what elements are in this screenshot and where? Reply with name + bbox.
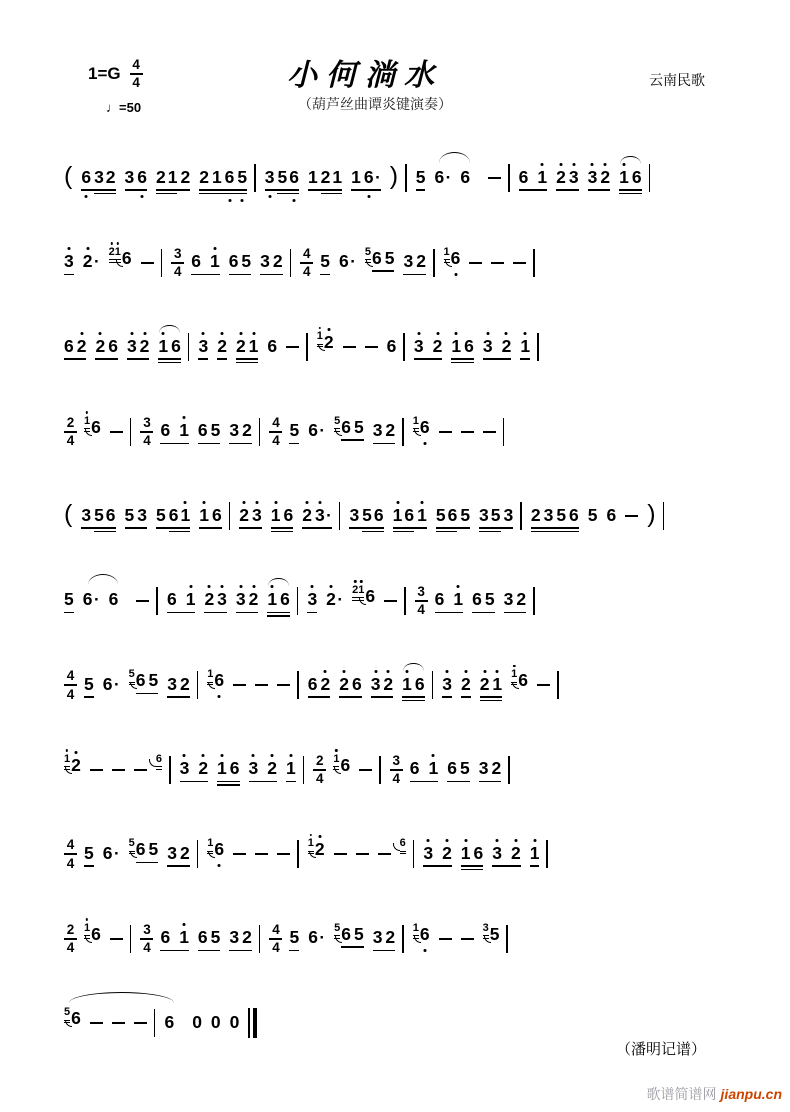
beam-group: 565 <box>129 841 159 867</box>
grace-notes: 5 <box>129 669 135 689</box>
note-body: 2 <box>324 334 334 353</box>
beam-group: 65 <box>198 929 220 948</box>
octave-dot-below <box>241 199 244 202</box>
note: 5 <box>211 929 221 948</box>
note: 3 <box>479 507 489 526</box>
duration-underline <box>136 693 158 695</box>
note: 2 <box>156 169 166 188</box>
beam-group: 32 <box>588 169 610 188</box>
note-digit: 3 <box>349 505 359 525</box>
duration-underline <box>289 443 299 445</box>
note: 6 <box>472 591 482 610</box>
beam-group: 32 <box>236 591 258 610</box>
note: 5 <box>320 253 330 272</box>
beam-core: 32 <box>414 338 442 357</box>
note-digit: 5 <box>289 420 299 440</box>
note-digit: 3 <box>442 674 452 694</box>
grace-row: 6 <box>400 838 406 850</box>
note: 3 <box>371 676 381 695</box>
note-digit: 6 <box>519 167 529 187</box>
note-digit: 6 <box>472 589 482 609</box>
note-body: 6 <box>451 250 461 269</box>
note: 6· <box>103 676 120 695</box>
note-digit: 6 <box>339 251 349 271</box>
octave-dot-above <box>343 670 346 673</box>
note-body: 3 <box>198 338 208 357</box>
note: 16 <box>207 672 224 698</box>
duration-underline <box>320 274 330 276</box>
note: 5 <box>556 507 566 526</box>
duration-underline <box>81 189 115 191</box>
note-digit: 5 <box>460 505 470 525</box>
duration-underline <box>289 950 299 952</box>
time-signature-numerator: 3 <box>393 754 401 768</box>
beam-group: 565 <box>334 926 364 952</box>
note-digit: 2 <box>302 505 312 525</box>
note-body: 6 <box>167 591 177 610</box>
note-body: 3 <box>483 338 493 357</box>
note-body: 2 <box>236 338 246 357</box>
note-body: 6 <box>214 841 224 860</box>
grace-digit: 1 <box>84 416 90 427</box>
note-digit: 5 <box>354 417 364 437</box>
duration-underline <box>619 189 641 191</box>
note: 3 <box>544 507 554 526</box>
duration-underline <box>217 781 239 783</box>
duration-underline <box>461 869 483 871</box>
time-signature-denominator: 4 <box>67 857 75 871</box>
beam-group: 26 <box>339 676 361 695</box>
barline <box>403 333 405 361</box>
beam-group: 212 <box>156 169 190 188</box>
note-body: 6 <box>340 757 350 776</box>
beam-group: 23 <box>239 507 261 526</box>
note-digit: 1 <box>332 167 342 187</box>
time-signature: 44 <box>269 923 282 955</box>
note-body: 6 <box>230 760 240 779</box>
grace-notes: 1 <box>413 416 419 436</box>
dash-line <box>90 1022 103 1024</box>
beam-group: 62 <box>64 338 86 357</box>
note-body: 6 <box>632 169 642 188</box>
grace-row: 6 <box>156 754 162 766</box>
duration-underline <box>271 527 293 529</box>
note-digit: 3 <box>229 927 239 947</box>
duration-underline <box>191 274 219 276</box>
grace-beam-line <box>333 766 339 767</box>
note-body: 6 <box>364 169 374 188</box>
note: 1 <box>212 169 222 188</box>
duration-underline <box>217 784 239 786</box>
beam-core: 16 <box>619 169 641 188</box>
duration-underline <box>436 531 457 533</box>
tie-arc <box>439 152 470 163</box>
duration-underline <box>229 274 251 276</box>
note-digit: 2 <box>156 167 166 187</box>
note-body: 6 <box>474 845 484 864</box>
beam-group: 16 <box>402 676 424 695</box>
note-digit: 6 <box>283 505 293 525</box>
note: 1 <box>286 760 296 779</box>
note-digit: 2 <box>198 758 208 778</box>
note: 2 <box>433 338 443 357</box>
sustain-dash <box>112 761 125 778</box>
note: 3 <box>442 676 452 695</box>
note-body: 6 <box>91 926 101 945</box>
sustain-dash <box>461 930 474 947</box>
octave-dot-above <box>514 839 517 842</box>
score: (63236212216535612116·)56·66123321632·21… <box>64 136 738 1066</box>
note: 3 <box>236 591 246 610</box>
time-signature-denominator: 4 <box>316 772 324 786</box>
note: 16 <box>84 419 101 445</box>
note-body: 5 <box>385 250 395 269</box>
barline <box>297 587 299 615</box>
note: 3 <box>373 422 383 441</box>
grace-row: 5 <box>365 247 371 259</box>
note-body: 5 <box>289 422 299 441</box>
time-signature: 34 <box>140 416 153 448</box>
score-line-2: 32·216346165324456·5653216 <box>64 221 738 306</box>
note-digit: 3 <box>479 505 489 525</box>
note: 5 <box>460 760 470 779</box>
augmentation-dot: · <box>114 845 120 862</box>
note: 3 <box>504 507 514 526</box>
note: 6 <box>404 507 414 526</box>
note-digit: 3 <box>217 589 227 609</box>
duration-underline <box>160 950 188 952</box>
note-digit: 2 <box>326 589 336 609</box>
octave-dot-above <box>572 163 575 166</box>
note-body: 5 <box>149 841 159 860</box>
after-grace: 6 <box>149 754 162 766</box>
duration-underline <box>436 527 470 529</box>
beam-core: 353 <box>479 507 513 526</box>
note-body: 1 <box>199 507 209 526</box>
note-body: 3 <box>127 338 137 357</box>
beam-group: 16 <box>199 507 221 526</box>
note-body: 3 <box>373 422 383 441</box>
barline <box>254 164 256 192</box>
note-body: 6 <box>137 169 147 188</box>
note-digit: 6 <box>198 420 208 440</box>
note-body: 1 <box>179 929 189 948</box>
beam-subgroup: 32 <box>94 169 115 188</box>
note: 5 <box>94 507 104 526</box>
augmentation-dot: · <box>337 591 343 608</box>
note: 3 <box>373 929 383 948</box>
grace-beam-line <box>84 428 90 429</box>
note-body: 5 <box>211 422 221 441</box>
duration-underline <box>531 527 579 529</box>
note-digit: 5 <box>64 589 74 609</box>
fraction-bar <box>64 853 77 855</box>
sustain-dash <box>90 761 103 778</box>
note: 5 <box>289 422 299 441</box>
time-signature-denominator: 4 <box>67 434 75 448</box>
note: 5 <box>149 672 159 691</box>
note-body: 6 <box>387 338 397 357</box>
grace-beam-line <box>352 597 364 598</box>
note: 2 <box>198 760 208 779</box>
grace-beam-line <box>109 259 121 260</box>
note: 3 <box>64 253 74 272</box>
beam-core: 32 <box>492 845 520 864</box>
note-digit: 5 <box>491 505 501 525</box>
octave-dot-below <box>423 949 426 952</box>
note: 6 <box>280 591 290 610</box>
barline <box>156 587 158 615</box>
grace-notes: 21 <box>109 247 121 267</box>
note: 6 <box>212 507 222 526</box>
note-digit: 6 <box>71 1008 81 1028</box>
note-digit: 2 <box>242 927 252 947</box>
note-digit: 6 <box>122 248 132 268</box>
duration-underline <box>95 358 117 360</box>
sustain-dash <box>334 846 347 863</box>
beam-group: 16 <box>267 591 289 610</box>
note: 2 <box>416 253 426 272</box>
note: 1 <box>271 507 281 526</box>
note: 2 <box>511 845 521 864</box>
sustain-dash <box>134 1015 147 1032</box>
dash-line <box>286 346 299 348</box>
note-body: 6 <box>460 169 470 188</box>
grace-beam-line <box>64 769 70 770</box>
duration-underline <box>236 358 258 360</box>
note-body: 3 <box>588 169 598 188</box>
note: 2 <box>502 338 512 357</box>
grace-beam-line <box>207 853 213 854</box>
grace-row: 1 <box>207 669 213 681</box>
grace-beam-line <box>334 935 340 936</box>
duration-underline <box>479 531 500 533</box>
open-parenthesis: ( <box>64 502 72 527</box>
beam-group: 36 <box>125 169 147 188</box>
duration-underline <box>472 612 494 614</box>
grace-beam-line <box>317 344 323 345</box>
beam-group: 26 <box>95 338 117 357</box>
time-signature: 44 <box>64 838 77 870</box>
note: 6 <box>460 169 470 188</box>
beam-group: 61 <box>410 760 438 779</box>
note: 6 <box>435 591 445 610</box>
grace-beam-line <box>207 682 213 683</box>
note-body: 6 <box>164 1014 174 1033</box>
sustain-dash <box>255 677 268 694</box>
note: 2 <box>204 591 214 610</box>
beam-group: 356 <box>81 507 115 526</box>
barline <box>130 418 132 446</box>
octave-dot-above <box>436 332 439 335</box>
grace-digit: 5 <box>334 416 340 427</box>
beam-subgroup: 56 <box>362 507 383 526</box>
score-line-1: (63236212216535612116·)56·661233216 <box>64 136 738 221</box>
note-body: 6 <box>81 169 91 188</box>
note: 5 <box>211 422 221 441</box>
note-body: 1 <box>453 591 463 610</box>
duration-underline <box>167 696 189 698</box>
duration-underline <box>64 274 74 276</box>
watermark-site-name: 歌谱简谱网 <box>647 1086 717 1102</box>
dash-line <box>255 684 268 686</box>
beam-core: 16 <box>461 845 483 864</box>
octave-dot-below <box>141 195 144 198</box>
note-digit: 2 <box>383 674 393 694</box>
note-body: 3 <box>569 169 579 188</box>
note-body: 3 <box>81 507 91 526</box>
note-digit: 5 <box>211 420 221 440</box>
beam-core: 26 <box>95 338 117 357</box>
duration-underline <box>362 531 383 533</box>
grace-beam-line <box>413 431 419 432</box>
note: 6 <box>519 169 529 188</box>
octave-dot-above <box>318 501 321 504</box>
beam-group: 32 <box>260 253 282 272</box>
note-digit: 5 <box>149 670 159 690</box>
grace-beam-line <box>483 935 489 936</box>
grace-notes: 5 <box>365 247 371 267</box>
sustain-dash <box>384 592 397 609</box>
sustain-dash <box>513 254 526 271</box>
note-body: 1 <box>168 169 178 188</box>
note-digit: 2 <box>239 505 249 525</box>
note: 3 <box>81 507 91 526</box>
beam-core: 16 <box>199 507 221 526</box>
grace-beam-line <box>84 935 90 936</box>
note-digit: 1 <box>453 589 463 609</box>
barline <box>188 333 190 361</box>
note: 2 <box>77 338 87 357</box>
note-body: 2 <box>491 760 501 779</box>
beam-core: 32 <box>373 929 395 948</box>
augmentation-dot: · <box>350 253 356 270</box>
duration-underline <box>84 696 94 698</box>
beam-group: 2356 <box>531 507 579 526</box>
note-body: 6 <box>420 926 430 945</box>
note-digit: 3 <box>371 674 381 694</box>
note-digit: 2 <box>180 674 190 694</box>
time-signature: 24 <box>64 923 77 955</box>
note-body: 0 <box>230 1014 240 1033</box>
grace-notes: 1 <box>444 247 450 267</box>
note-digit: 5 <box>289 927 299 947</box>
note: 1 <box>393 507 403 526</box>
note-digit: 2 <box>106 167 116 187</box>
note-body: 2 <box>267 760 277 779</box>
note-body: 3 <box>492 845 502 864</box>
beam-group: 32 <box>373 929 395 948</box>
duration-underline <box>451 358 473 360</box>
grace-beam-line <box>413 938 419 939</box>
beam-core: 23· <box>302 507 332 526</box>
note-body: 2 <box>156 169 166 188</box>
beam-core: 32 <box>167 845 189 864</box>
note-digit: 2 <box>204 589 214 609</box>
octave-dot-above <box>183 923 186 926</box>
grace-beam-line <box>156 766 162 767</box>
grace-beam-line <box>365 262 371 263</box>
note: 16 <box>84 926 101 952</box>
duration-underline <box>260 274 282 276</box>
note: 1 <box>179 422 189 441</box>
note-body: 6 <box>404 507 414 526</box>
time-signature: 24 <box>64 416 77 448</box>
octave-dot-above <box>604 163 607 166</box>
beam-subgroup: 16 <box>393 507 414 526</box>
beam-core: 161 <box>393 507 427 526</box>
time-signature: 24 <box>313 754 326 786</box>
note-body: 6 <box>103 676 113 695</box>
note-body: 6 <box>374 507 384 526</box>
barline <box>503 418 505 446</box>
dash-line <box>233 853 246 855</box>
note-digit: 3 <box>315 505 325 525</box>
note-body: 5 <box>149 672 159 691</box>
tied-group-core: 6·6 <box>434 169 479 188</box>
note-digit: 3 <box>229 420 239 440</box>
note-body: 1 <box>158 338 168 357</box>
grace-digit: 6 <box>400 838 406 849</box>
note: 2 <box>461 676 471 695</box>
note: 3 <box>349 507 359 526</box>
note-body: 6 <box>518 672 528 691</box>
note: 6 <box>136 672 146 691</box>
time-signature-numerator: 4 <box>303 247 311 261</box>
note-body: 1 <box>179 422 189 441</box>
time-signature-numerator: 4 <box>67 669 75 683</box>
note: 1 <box>179 929 189 948</box>
octave-dot-above <box>221 332 224 335</box>
note: 1 <box>249 338 259 357</box>
grace-beam-line <box>317 346 323 347</box>
note: 1 <box>453 591 463 610</box>
note: 1 <box>332 169 342 188</box>
note-body: 2 <box>199 169 209 188</box>
octave-dot-above <box>446 670 449 673</box>
sustain-dash <box>233 846 246 863</box>
beam-group: 65 <box>198 422 220 441</box>
dash-line <box>112 769 125 771</box>
octave-dot-above <box>274 501 277 504</box>
time-signature-denominator: 4 <box>67 941 75 955</box>
duration-underline <box>373 950 395 952</box>
grace-digit: 1 <box>413 416 419 427</box>
sustain-dash <box>255 846 268 863</box>
note-digit: 2 <box>217 336 227 356</box>
note-digit: 2 <box>385 927 395 947</box>
grace-beam-line <box>109 262 121 263</box>
note-digit: 0 <box>211 1012 221 1032</box>
note: 2 <box>491 760 501 779</box>
note-digit: 6 <box>64 336 74 356</box>
note: 6 <box>464 338 474 357</box>
grace-digit: 1 <box>64 754 70 765</box>
note-body: 6 <box>64 338 74 357</box>
note: 35 <box>483 926 500 952</box>
note: 1 <box>461 845 471 864</box>
note: 3 <box>504 591 514 610</box>
duration-underline <box>127 358 149 360</box>
note-body: 6 <box>308 929 318 948</box>
note-body: 3 <box>249 760 259 779</box>
grace-beam-line <box>129 851 135 852</box>
note-body: 3 <box>236 591 246 610</box>
duration-underline <box>249 781 277 783</box>
beam-group: 353 <box>479 507 513 526</box>
note-digit: 6 <box>225 167 235 187</box>
duration-underline <box>339 696 361 698</box>
